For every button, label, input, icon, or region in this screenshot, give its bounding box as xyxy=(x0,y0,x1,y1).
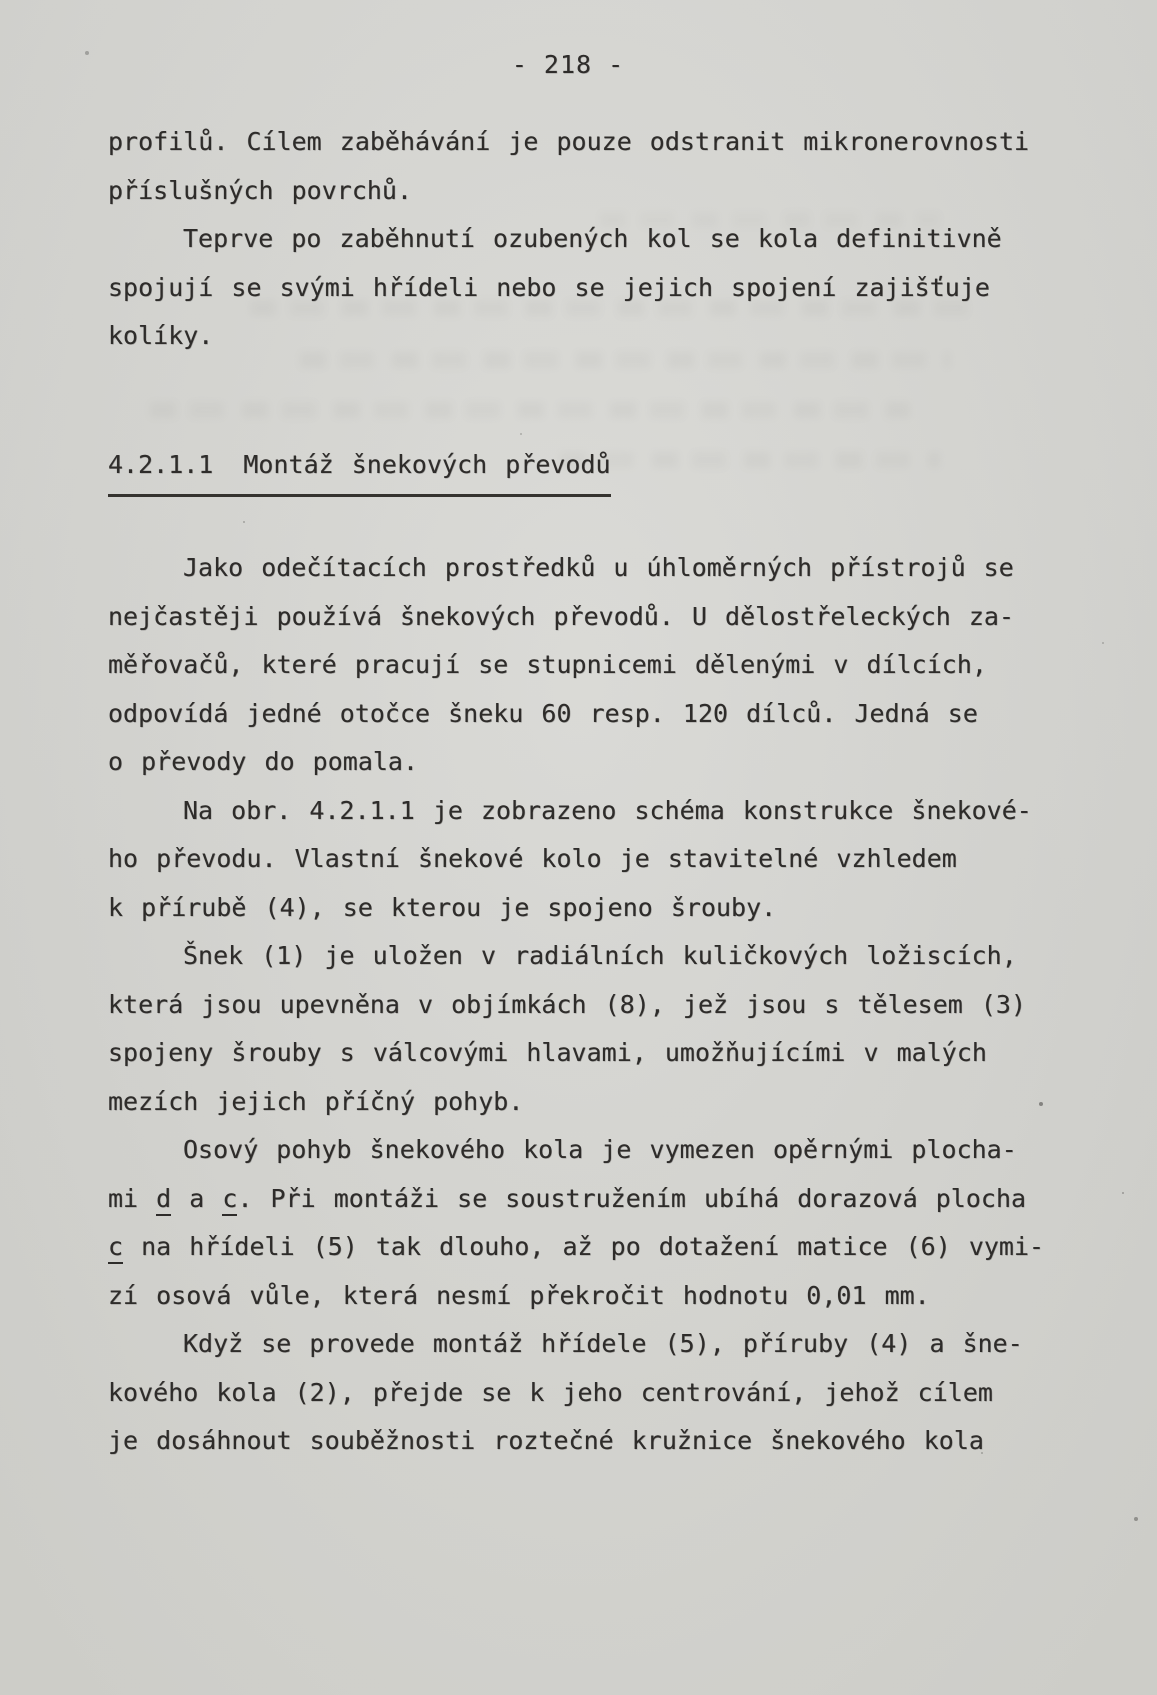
text-line: spojeny šrouby s válcovými hlavami, umož… xyxy=(108,1029,1048,1078)
text-line: ho převodu. Vlastní šnekové kolo je stav… xyxy=(108,835,1048,884)
section-title: Montáž šnekových převodů xyxy=(243,450,610,479)
text-line: nejčastěji používá šnekových převodů. U … xyxy=(108,593,1048,642)
text-line: kolíky. xyxy=(108,312,1048,361)
text-line: c na hřídeli (5) tak dlouho, až po dotaž… xyxy=(108,1223,1048,1272)
text-line: o převody do pomala. xyxy=(108,738,1048,787)
text-line: k přírubě (4), se kterou je spojeno šrou… xyxy=(108,884,1048,933)
text-line: Na obr. 4.2.1.1 je zobrazeno schéma kons… xyxy=(108,787,1048,836)
text-line: mi d a c. Při montáži se soustružením ub… xyxy=(108,1175,1048,1224)
text-line: Teprve po zaběhnutí ozubených kol se kol… xyxy=(108,215,1048,264)
text-line: příslušných povrchů. xyxy=(108,167,1048,216)
text-line: měřovačů, které pracují se stupnicemi dě… xyxy=(108,641,1048,690)
text-line: kového kola (2), přejde se k jeho centro… xyxy=(108,1369,1048,1418)
section-number: 4.2.1.1 xyxy=(108,450,213,479)
text-line: Osový pohyb šnekového kola je vymezen op… xyxy=(108,1126,1048,1175)
text-line: zí osová vůle, která nesmí překročit hod… xyxy=(108,1272,1048,1321)
scanned-document-page: - 218 - profilů. Cílem zaběhávání je pou… xyxy=(0,0,1157,1695)
text-line: je dosáhnout souběžnosti roztečné kružni… xyxy=(108,1417,1048,1466)
section-heading-text: 4.2.1.1Montáž šnekových převodů xyxy=(108,441,611,498)
text-line: Jako odečítacích prostředků u úhloměrnýc… xyxy=(108,544,1048,593)
text-line: která jsou upevněna v objímkách (8), jež… xyxy=(108,981,1048,1030)
text-line: Šnek (1) je uložen v radiálních kuličkov… xyxy=(108,932,1048,981)
page-text: profilů. Cílem zaběhávání je pouze odstr… xyxy=(108,118,1048,1466)
text-line: profilů. Cílem zaběhávání je pouze odstr… xyxy=(108,118,1048,167)
text-line: spojují se svými hřídeli nebo se jejich … xyxy=(108,264,1048,313)
paper-speck xyxy=(0,0,2,2)
text-line: odpovídá jedné otočce šneku 60 resp. 120… xyxy=(108,690,1048,739)
section-heading: 4.2.1.1Montáž šnekových převodů xyxy=(108,441,1048,498)
page-number: - 218 - xyxy=(108,50,1028,79)
text-line: Když se provede montáž hřídele (5), přír… xyxy=(108,1320,1048,1369)
text-line: mezích jejich příčný pohyb. xyxy=(108,1078,1048,1127)
